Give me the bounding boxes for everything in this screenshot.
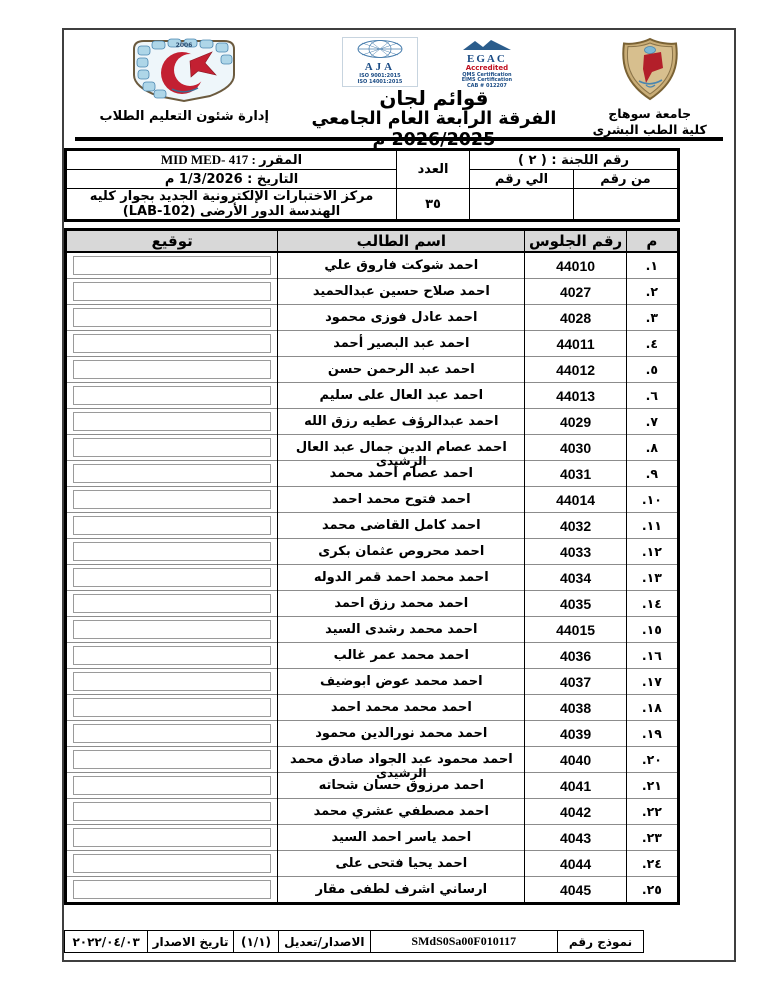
student-table: م رقم الجلوس اسم الطالب توقيع ١. 44010 ا… [64, 228, 680, 905]
seat-number: 4032 [525, 513, 626, 539]
table-row: ٢٤. 4044 احمد يحيا فتحى على [66, 851, 679, 877]
course-code: المقرر : MID MED- 417 [66, 150, 397, 170]
seat-number: 4036 [525, 643, 626, 669]
signature-cell [66, 279, 278, 305]
table-row: ٧. 4029 احمد عبدالرؤف عطيه رزق الله [66, 409, 679, 435]
signature-cell [66, 669, 278, 695]
seat-number: 4043 [525, 825, 626, 851]
row-index: ٣. [626, 305, 678, 331]
signature-box [73, 802, 271, 821]
signature-box [73, 568, 271, 587]
seat-number: 44011 [525, 331, 626, 357]
signature-box [73, 542, 271, 561]
signature-cell [66, 643, 278, 669]
column-header-name: اسم الطالب [278, 230, 525, 253]
from-number-label: من رقم [574, 170, 679, 189]
seat-number: 4041 [525, 773, 626, 799]
student-name: احمد صلاح حسين عبدالحميد [278, 279, 525, 305]
university-shield-logo-icon [619, 86, 681, 105]
version-label: الاصدار/تعديل [279, 931, 370, 953]
signature-cell [66, 409, 278, 435]
row-index: ١٦. [626, 643, 678, 669]
seat-number: 4045 [525, 877, 626, 904]
seat-number: 4033 [525, 539, 626, 565]
student-name: احمد ياسر احمد السيد [278, 825, 525, 851]
issue-date-label: تاريخ الاصدار [148, 931, 234, 953]
seat-number: 44012 [525, 357, 626, 383]
student-name: احمد محمد احمد قمر الدوله [278, 565, 525, 591]
committee-number: رقم اللجنة : ( ٢ ) [470, 150, 679, 170]
signature-box [73, 386, 271, 405]
signature-cell [66, 565, 278, 591]
student-name: احمد محمد عمر غالب [278, 643, 525, 669]
signature-cell [66, 721, 278, 747]
signature-cell [66, 435, 278, 461]
student-name: احمد محمد نورالدين محمود [278, 721, 525, 747]
row-index: ١٣. [626, 565, 678, 591]
row-index: ١٤. [626, 591, 678, 617]
document-page: جامعة سوهاج كلية الطب البشرى EGAC Accred… [62, 28, 736, 962]
page-subtitle: الفرقة الرابعة العام الجامعي 2026/2025 م [278, 109, 589, 151]
aja-name: AJA [343, 62, 417, 73]
document-header: جامعة سوهاج كلية الطب البشرى EGAC Accred… [64, 30, 734, 137]
signature-cell [66, 252, 278, 279]
student-name: احمد عبد الرحمن حسن [278, 357, 525, 383]
row-index: ٨. [626, 435, 678, 461]
university-block: جامعة سوهاج كلية الطب البشرى [589, 37, 710, 137]
table-row: ١٧. 4037 احمد محمد عوض ابوضيف [66, 669, 679, 695]
signature-box [73, 360, 271, 379]
signature-cell [66, 617, 278, 643]
exam-date: التاريخ : 1/3/2026 م [66, 170, 397, 189]
row-index: ٢٣. [626, 825, 678, 851]
seat-number: 44013 [525, 383, 626, 409]
student-name: احمد محمد رشدى السيد [278, 617, 525, 643]
student-name: احمد عصام الدين جمال عبد العالالرشيدى [278, 435, 525, 461]
table-row: ٤. 44011 احمد عبد البصير أحمد [66, 331, 679, 357]
student-name: احمد عادل فوزى محمود [278, 305, 525, 331]
row-index: ٢١. [626, 773, 678, 799]
row-index: ٧. [626, 409, 678, 435]
svg-text:Faculty of Medicine: Faculty of Medicine [124, 37, 128, 39]
row-index: ٢٤. [626, 851, 678, 877]
seat-number: 4030 [525, 435, 626, 461]
student-name: احمد عبدالرؤف عطيه رزق الله [278, 409, 525, 435]
signature-box [73, 672, 271, 691]
title-block: EGAC Accredited QMS Certification EIMS C… [278, 37, 589, 137]
signature-box [73, 880, 271, 899]
table-row: ١٤. 4035 احمد محمد رزق احمد [66, 591, 679, 617]
table-row: ١. 44010 احمد شوكت فاروق علي [66, 252, 679, 279]
row-index: ٥. [626, 357, 678, 383]
table-row: ٥. 44012 احمد عبد الرحمن حسن [66, 357, 679, 383]
seat-number: 4031 [525, 461, 626, 487]
faculty-of-medicine-logo-icon: Faculty of Medicine 2006 [124, 88, 244, 107]
issue-date-value: ٢٠٢٢/٠٤/٠٣ [65, 931, 148, 953]
seat-number: 44015 [525, 617, 626, 643]
form-number-label: نموذج رقم [558, 931, 644, 953]
seat-number: 4044 [525, 851, 626, 877]
signature-cell [66, 877, 278, 904]
column-header-signature: توقيع [66, 230, 278, 253]
signature-box [73, 282, 271, 301]
signature-cell [66, 357, 278, 383]
aja-iso-line: ISO 14001:2015 [343, 79, 417, 85]
student-table-body: ١. 44010 احمد شوكت فاروق علي ٢. 4027 احم… [66, 252, 679, 904]
signature-box [73, 438, 271, 457]
row-index: ٢٢. [626, 799, 678, 825]
form-footer-table: نموذج رقم SMdS0Sa00F010117 الاصدار/تعديل… [64, 930, 644, 953]
seat-number: 4035 [525, 591, 626, 617]
signature-box [73, 776, 271, 795]
form-number-code: SMdS0Sa00F010117 [370, 931, 558, 953]
row-index: ٩. [626, 461, 678, 487]
row-index: ١٢. [626, 539, 678, 565]
student-name: احمد شوكت فاروق علي [278, 252, 525, 279]
signature-cell [66, 513, 278, 539]
row-index: ٦. [626, 383, 678, 409]
row-index: ١١. [626, 513, 678, 539]
student-name: احمد عبد العال على سليم [278, 383, 525, 409]
signature-cell [66, 487, 278, 513]
signature-cell [66, 461, 278, 487]
committee-info-table: رقم اللجنة : ( ٢ ) العدد المقرر : MID ME… [64, 148, 680, 222]
seat-number: 4039 [525, 721, 626, 747]
table-row: ١٥. 44015 احمد محمد رشدى السيد [66, 617, 679, 643]
faculty-year: 2006 [176, 42, 193, 49]
signature-box [73, 594, 271, 613]
seat-number: 4037 [525, 669, 626, 695]
table-row: ٨. 4030 احمد عصام الدين جمال عبد العالال… [66, 435, 679, 461]
student-name: احمد مصطفي عشري محمد [278, 799, 525, 825]
student-name: ارساني اشرف لطفى مقار [278, 877, 525, 904]
student-name: احمد محمد رزق احمد [278, 591, 525, 617]
signature-cell [66, 695, 278, 721]
signature-cell [66, 747, 278, 773]
signature-cell [66, 825, 278, 851]
seat-number: 4028 [525, 305, 626, 331]
signature-box [73, 750, 271, 769]
seat-number: 4027 [525, 279, 626, 305]
signature-box [73, 464, 271, 483]
seat-number: 44010 [525, 252, 626, 279]
student-name: احمد كامل القاضى محمد [278, 513, 525, 539]
table-row: ١٩. 4039 احمد محمد نورالدين محمود [66, 721, 679, 747]
signature-cell [66, 591, 278, 617]
seat-number: 4034 [525, 565, 626, 591]
signature-box [73, 724, 271, 743]
signature-box [73, 490, 271, 509]
university-name: جامعة سوهاج [589, 106, 710, 122]
seat-number: 4040 [525, 747, 626, 773]
table-row: ٢٣. 4043 احمد ياسر احمد السيد [66, 825, 679, 851]
signature-box [73, 334, 271, 353]
signature-cell [66, 539, 278, 565]
signature-cell [66, 383, 278, 409]
table-row: ١٦. 4036 احمد محمد عمر غالب [66, 643, 679, 669]
table-row: ٢٥. 4045 ارساني اشرف لطفى مقار [66, 877, 679, 904]
from-number-value [574, 189, 679, 221]
version-value: (١/١) [233, 931, 278, 953]
seat-number: 4038 [525, 695, 626, 721]
table-row: ٢. 4027 احمد صلاح حسين عبدالحميد [66, 279, 679, 305]
signature-cell [66, 773, 278, 799]
table-row: ١١. 4032 احمد كامل القاضى محمد [66, 513, 679, 539]
student-table-header: م رقم الجلوس اسم الطالب توقيع [66, 230, 679, 253]
signature-box [73, 256, 271, 275]
count-value: ٣٥ [397, 189, 470, 221]
signature-box [73, 854, 271, 873]
table-row: ٢٠. 4040 احمد محمود عبد الجواد صادق محمد… [66, 747, 679, 773]
row-index: ٤. [626, 331, 678, 357]
faculty-block: Faculty of Medicine 2006 إدارة شئون التع… [90, 37, 278, 137]
student-name: احمد محروص عثمان بكرى [278, 539, 525, 565]
exam-location: مركز الاختبارات الإلكترونية الجديد بجوار… [66, 189, 397, 221]
row-index: ١٩. [626, 721, 678, 747]
row-index: ١. [626, 252, 678, 279]
count-label: العدد [397, 150, 470, 189]
signature-box [73, 646, 271, 665]
signature-cell [66, 851, 278, 877]
row-index: ١٧. [626, 669, 678, 695]
row-index: ١٠. [626, 487, 678, 513]
signature-box [73, 412, 271, 431]
row-index: ٢٠. [626, 747, 678, 773]
aja-accreditation-logo: AJA ISO 9001:2015 ISO 14001:2015 [342, 37, 418, 87]
row-index: ٢. [626, 279, 678, 305]
student-name: احمد محمد عوض ابوضيف [278, 669, 525, 695]
signature-cell [66, 799, 278, 825]
department-caption: إدارة شئون التعليم الطلاب [90, 109, 278, 124]
egac-accreditation-logo: EGAC Accredited QMS Certification EIMS C… [448, 37, 526, 90]
to-number-label: الي رقم [470, 170, 574, 189]
table-row: ١٠. 44014 احمد فتوح محمد احمد [66, 487, 679, 513]
student-name: احمد محمد محمد احمد [278, 695, 525, 721]
signature-box [73, 828, 271, 847]
faculty-name: كلية الطب البشرى [589, 122, 710, 138]
student-name: احمد محمود عبد الجواد صادق محمدالرشيدى [278, 747, 525, 773]
student-name: احمد فتوح محمد احمد [278, 487, 525, 513]
to-number-value [470, 189, 574, 221]
signature-box [73, 698, 271, 717]
signature-box [73, 308, 271, 327]
table-row: ٢٢. 4042 احمد مصطفي عشري محمد [66, 799, 679, 825]
column-header-index: م [626, 230, 678, 253]
table-row: ١٣. 4034 احمد محمد احمد قمر الدوله [66, 565, 679, 591]
seat-number: 4042 [525, 799, 626, 825]
signature-box [73, 620, 271, 639]
table-row: ٦. 44013 احمد عبد العال على سليم [66, 383, 679, 409]
page-title: قوائم لجان [278, 87, 589, 109]
seat-number: 4029 [525, 409, 626, 435]
table-row: ١٨. 4038 احمد محمد محمد احمد [66, 695, 679, 721]
signature-cell [66, 305, 278, 331]
row-index: ٢٥. [626, 877, 678, 904]
signature-cell [66, 331, 278, 357]
row-index: ١٨. [626, 695, 678, 721]
column-header-seat: رقم الجلوس [525, 230, 626, 253]
seat-number: 44014 [525, 487, 626, 513]
table-row: ١٢. 4033 احمد محروص عثمان بكرى [66, 539, 679, 565]
table-row: ٣. 4028 احمد عادل فوزى محمود [66, 305, 679, 331]
student-name: احمد يحيا فتحى على [278, 851, 525, 877]
student-name: احمد عبد البصير أحمد [278, 331, 525, 357]
row-index: ١٥. [626, 617, 678, 643]
faculty-arc-text: Faculty of Medicine [124, 37, 128, 39]
signature-box [73, 516, 271, 535]
